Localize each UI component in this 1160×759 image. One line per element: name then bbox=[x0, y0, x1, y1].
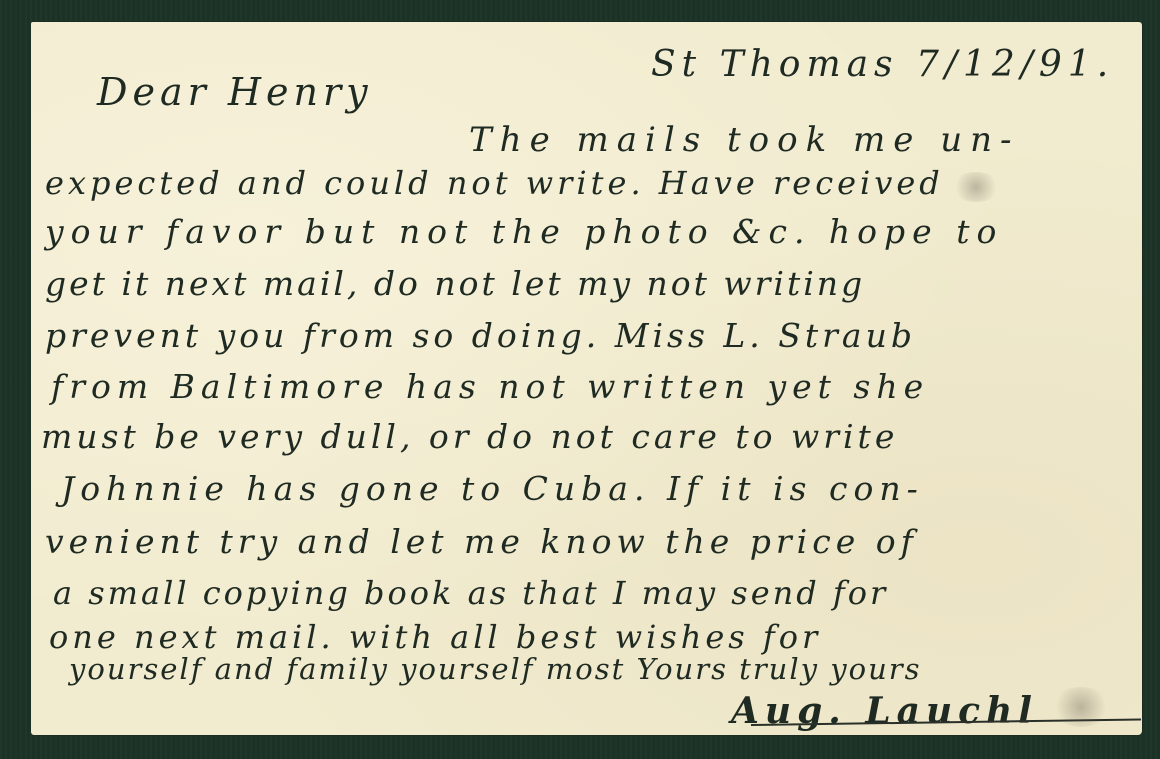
body-line-4: get it next mail, do not let my not writ… bbox=[45, 264, 865, 303]
body-line-12: yourself and family yourself most Yours … bbox=[69, 652, 922, 686]
signature: Aug. Lauchl bbox=[731, 690, 1038, 732]
body-line-5: prevent you from so doing. Miss L. Strau… bbox=[45, 316, 916, 355]
body-line-7: must be very dull, or do not care to wri… bbox=[41, 417, 898, 456]
body-line-9: venient try and let me know the price of bbox=[45, 522, 918, 561]
ink-smudge bbox=[951, 172, 1001, 202]
body-line-2: expected and could not write. Have recei… bbox=[45, 164, 944, 202]
body-line-8: Johnnie has gone to Cuba. If it is con- bbox=[61, 469, 924, 508]
body-line-3: your favor but not the photo &c. hope to bbox=[45, 212, 1003, 251]
body-line-10: a small copying book as that I may send … bbox=[53, 574, 888, 612]
ink-smudge bbox=[1051, 687, 1111, 727]
body-line-11: one next mail. with all best wishes for bbox=[49, 618, 821, 656]
body-line-1: The mails took me un- bbox=[469, 120, 1019, 160]
place-date: St Thomas 7/12/91. bbox=[651, 44, 1114, 85]
body-line-6: from Baltimore has not written yet she bbox=[51, 367, 929, 406]
salutation: Dear Henry bbox=[97, 70, 373, 114]
postcard: St Thomas 7/12/91. Dear Henry The mails … bbox=[31, 22, 1142, 735]
